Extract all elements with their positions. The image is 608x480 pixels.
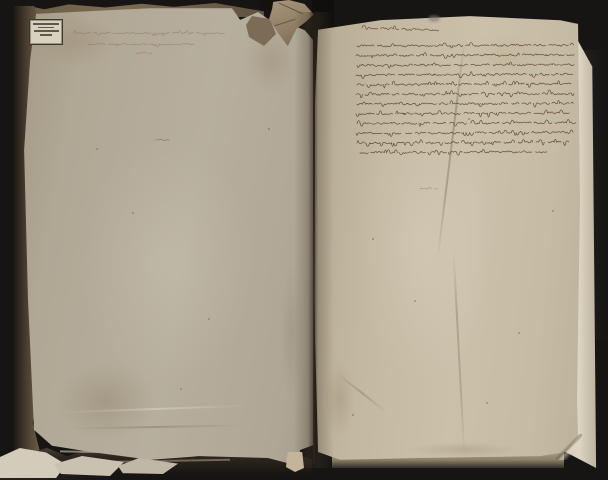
label-print-line (34, 30, 59, 32)
foxing-spot (96, 148, 98, 150)
gutter-crease-line (313, 20, 315, 464)
dog-ear-corner (556, 434, 582, 460)
label-print-line (38, 27, 54, 28)
foxing-spot (208, 318, 210, 320)
foxing-spot (468, 118, 470, 120)
right-page (312, 12, 588, 468)
foxing-spot (518, 332, 520, 334)
foxing-spot (486, 402, 488, 404)
label-print-line (33, 23, 59, 25)
archive-label (29, 19, 63, 45)
foxing-spot (372, 238, 374, 240)
label-print-line (40, 34, 52, 36)
foxing-spot (414, 300, 416, 302)
spine-gap (260, 0, 274, 10)
scanned-book-spread: Commencé le 1er 9bre … (0, 0, 608, 480)
foxing-spot (552, 210, 554, 212)
left-page (16, 4, 316, 472)
foxing-spot (268, 128, 270, 130)
ink-smudge (428, 15, 440, 22)
foxing-spot (132, 212, 134, 214)
foxing-spot (180, 388, 182, 390)
foxing-spot (352, 414, 354, 416)
